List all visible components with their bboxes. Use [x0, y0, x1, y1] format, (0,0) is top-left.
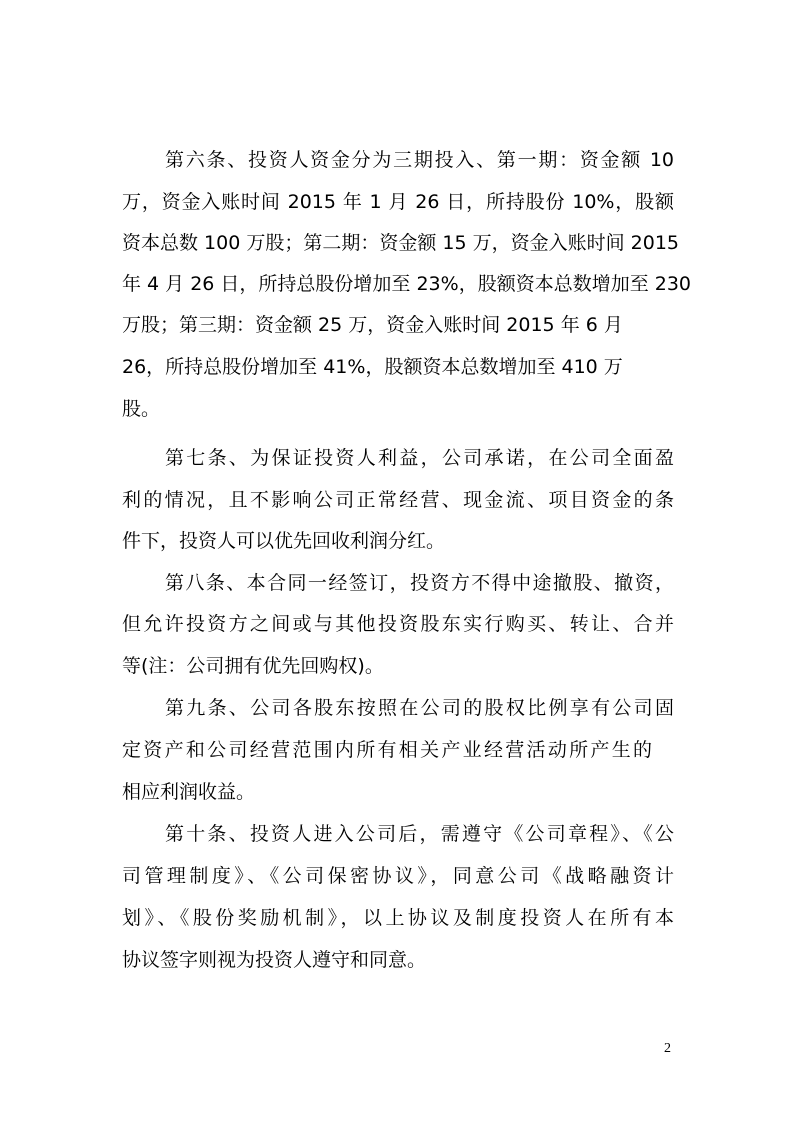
- page-number: 2: [664, 1041, 671, 1057]
- article-7-line-2: 利的情况，且不影响公司正常经营、现金流、项目资金的条: [122, 489, 674, 511]
- article-9-line-3: 相应利润收益。: [122, 781, 674, 803]
- article-8-line-3: 等(注：公司拥有优先回购权)。: [122, 655, 674, 677]
- article-6-line-2: 万，资金入账时间 2015 年 1 月 26 日，所持股份 10%，股额: [122, 191, 674, 213]
- article-6-line-6: 26，所持总股份增加至 41%，股额资本总数增加至 410 万: [122, 356, 622, 378]
- article-7-line-1: 第七条、为保证投资人利益，公司承诺，在公司全面盈: [165, 447, 674, 469]
- article-6-line-4: 年 4 月 26 日，所持总股份增加至 23%，股额资本总数增加至 230: [122, 273, 674, 295]
- article-9-line-2: 定资产和公司经营范围内所有相关产业经营活动所产生的: [122, 739, 652, 761]
- article-9-line-1: 第九条、公司各股东按照在公司的股权比例享有公司固: [165, 697, 674, 719]
- article-10-line-2: 司管理制度》、《公司保密协议》，同意公司《战略融资计: [122, 865, 674, 887]
- document-page: 第六条、投资人资金分为三期投入、第一期：资金额 10 万，资金入账时间 2015…: [0, 0, 794, 1123]
- article-8-line-2: 但允许投资方之间或与其他投资股东实行购买、转让、合并: [122, 613, 674, 635]
- article-6-line-7: 股。: [122, 398, 674, 420]
- article-6-line-5: 万股；第三期：资金额 25 万，资金入账时间 2015 年 6 月: [122, 314, 642, 336]
- article-6-line-1: 第六条、投资人资金分为三期投入、第一期：资金额 10: [165, 149, 674, 171]
- article-8-line-1: 第八条、本合同一经签订，投资方不得中途撤股、撤资，: [165, 572, 674, 594]
- article-10-line-3: 划》、《股份奖励机制》，以上协议及制度投资人在所有本: [122, 907, 674, 929]
- article-7-line-3: 件下，投资人可以优先回收利润分红。: [122, 530, 674, 552]
- article-10-line-1: 第十条、投资人进入公司后，需遵守《公司章程》、《公: [165, 823, 674, 845]
- article-6-line-3: 资本总数 100 万股；第二期：资金额 15 万，资金入账时间 2015: [122, 232, 674, 254]
- article-10-line-4: 协议签字则视为投资人遵守和同意。: [122, 949, 674, 971]
